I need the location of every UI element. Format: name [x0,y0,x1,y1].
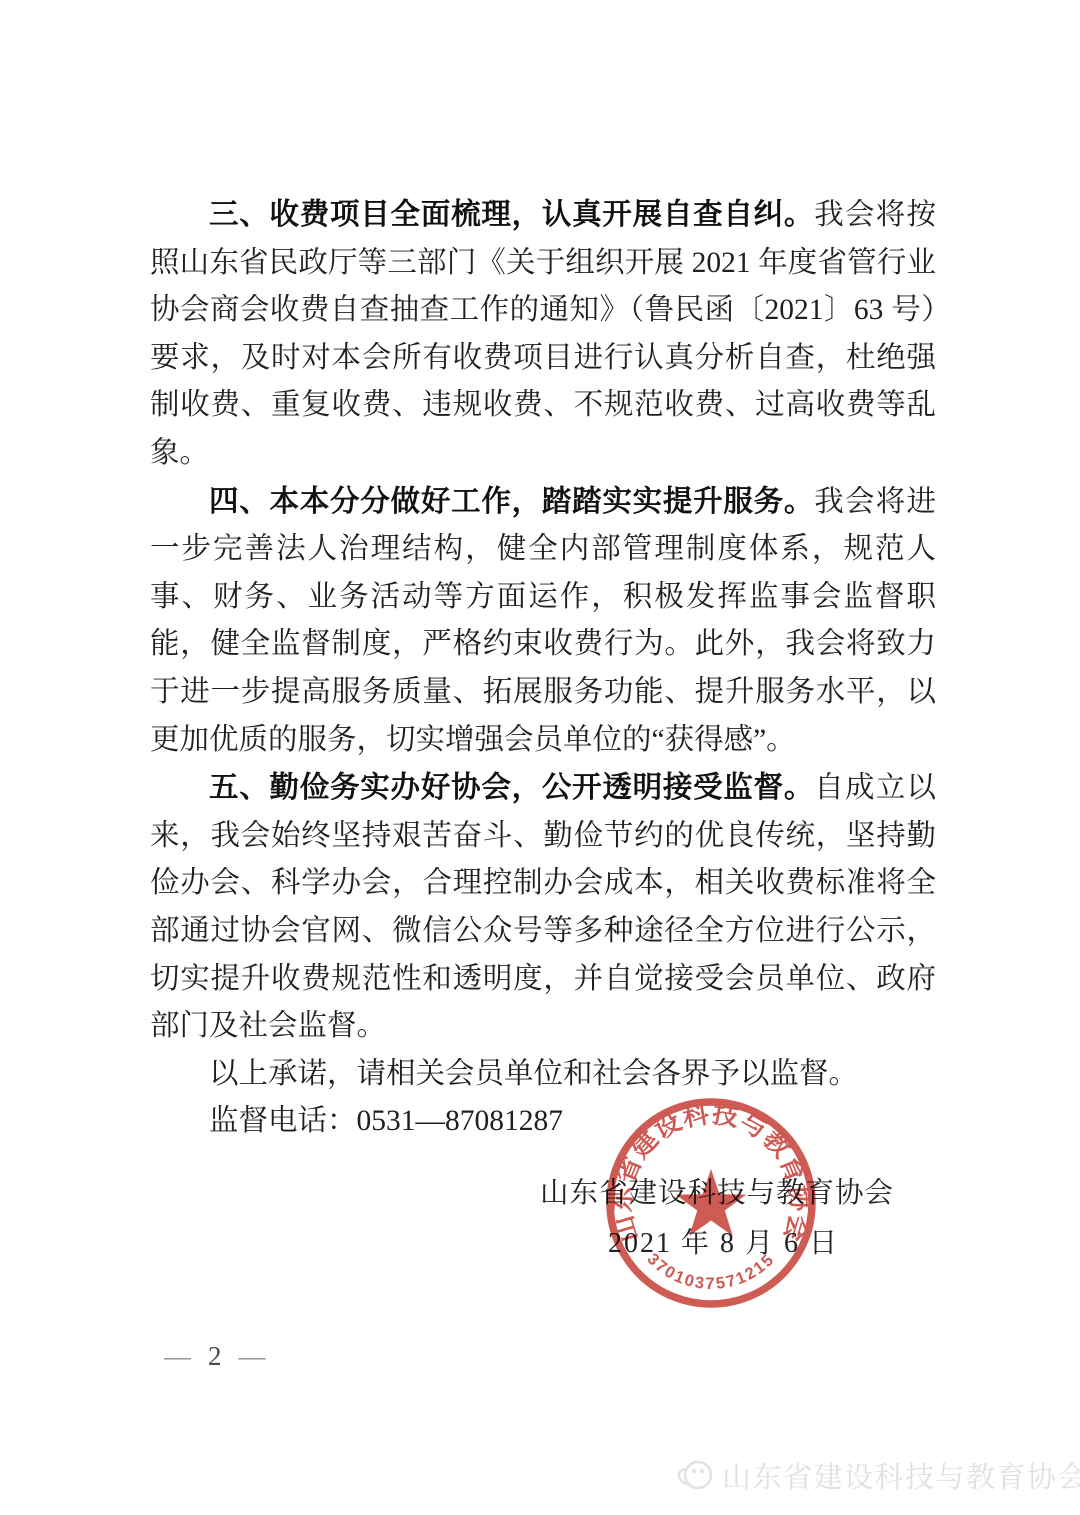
official-seal-stamp: 山东省建设科技与教育协会 3701037571215 [593,1085,829,1321]
seal-star-icon [676,1169,746,1236]
document-body: 三、收费项目全面梳理，认真开展自查自纠。我会将按照山东省民政厅等三部门《关于组织… [150,191,936,1146]
supervision-phone-text: 监督电话：0531—87081287 [209,1105,563,1137]
association-logo-icon [672,1457,718,1495]
document-page: 三、收费项目全面梳理，认真开展自查自纠。我会将按照山东省民政厅等三部门《关于组织… [0,0,1080,1515]
page-number-value: 2 [208,1341,222,1372]
paragraph-3: 三、收费项目全面梳理，认真开展自查自纠。我会将按照山东省民政厅等三部门《关于组织… [150,191,936,478]
page-number: — 2 — [164,1341,266,1372]
paragraph-5-heading: 五、勤俭务实办好协会，公开透明接受监督。 [209,771,814,804]
footer-watermark: 山东省建设科技与教育协会 [672,1455,1080,1496]
paragraph-4: 四、本本分分做好工作，踏踏实实提升服务。我会将进一步完善法人治理结构，健全内部管… [150,478,936,765]
paragraph-5: 五、勤俭务实办好协会，公开透明接受监督。自成立以来，我会始终坚持艰苦奋斗、勤俭节… [150,764,936,1051]
paragraph-3-text: 我会将按照山东省民政厅等三部门《关于组织开展 2021 年度省管行业协会商会收费… [150,199,936,469]
paragraph-4-text: 我会将进一步完善法人治理结构，健全内部管理制度体系，规范人事、财务、业务活动等方… [150,486,936,756]
paragraph-5-text: 自成立以来，我会始终坚持艰苦奋斗、勤俭节约的优良传统，坚持勤俭办会、科学办会，合… [150,772,936,1042]
paragraph-3-heading: 三、收费项目全面梳理，认真开展自查自纠。 [209,198,814,231]
paragraph-4-heading: 四、本本分分做好工作，踏踏实实提升服务。 [209,485,814,518]
page-number-right-dash: — [239,1341,266,1372]
page-number-left-dash: — [164,1341,191,1372]
footer-watermark-text: 山东省建设科技与教育协会 [722,1455,1080,1496]
seal-number: 3701037571215 [644,1250,779,1293]
